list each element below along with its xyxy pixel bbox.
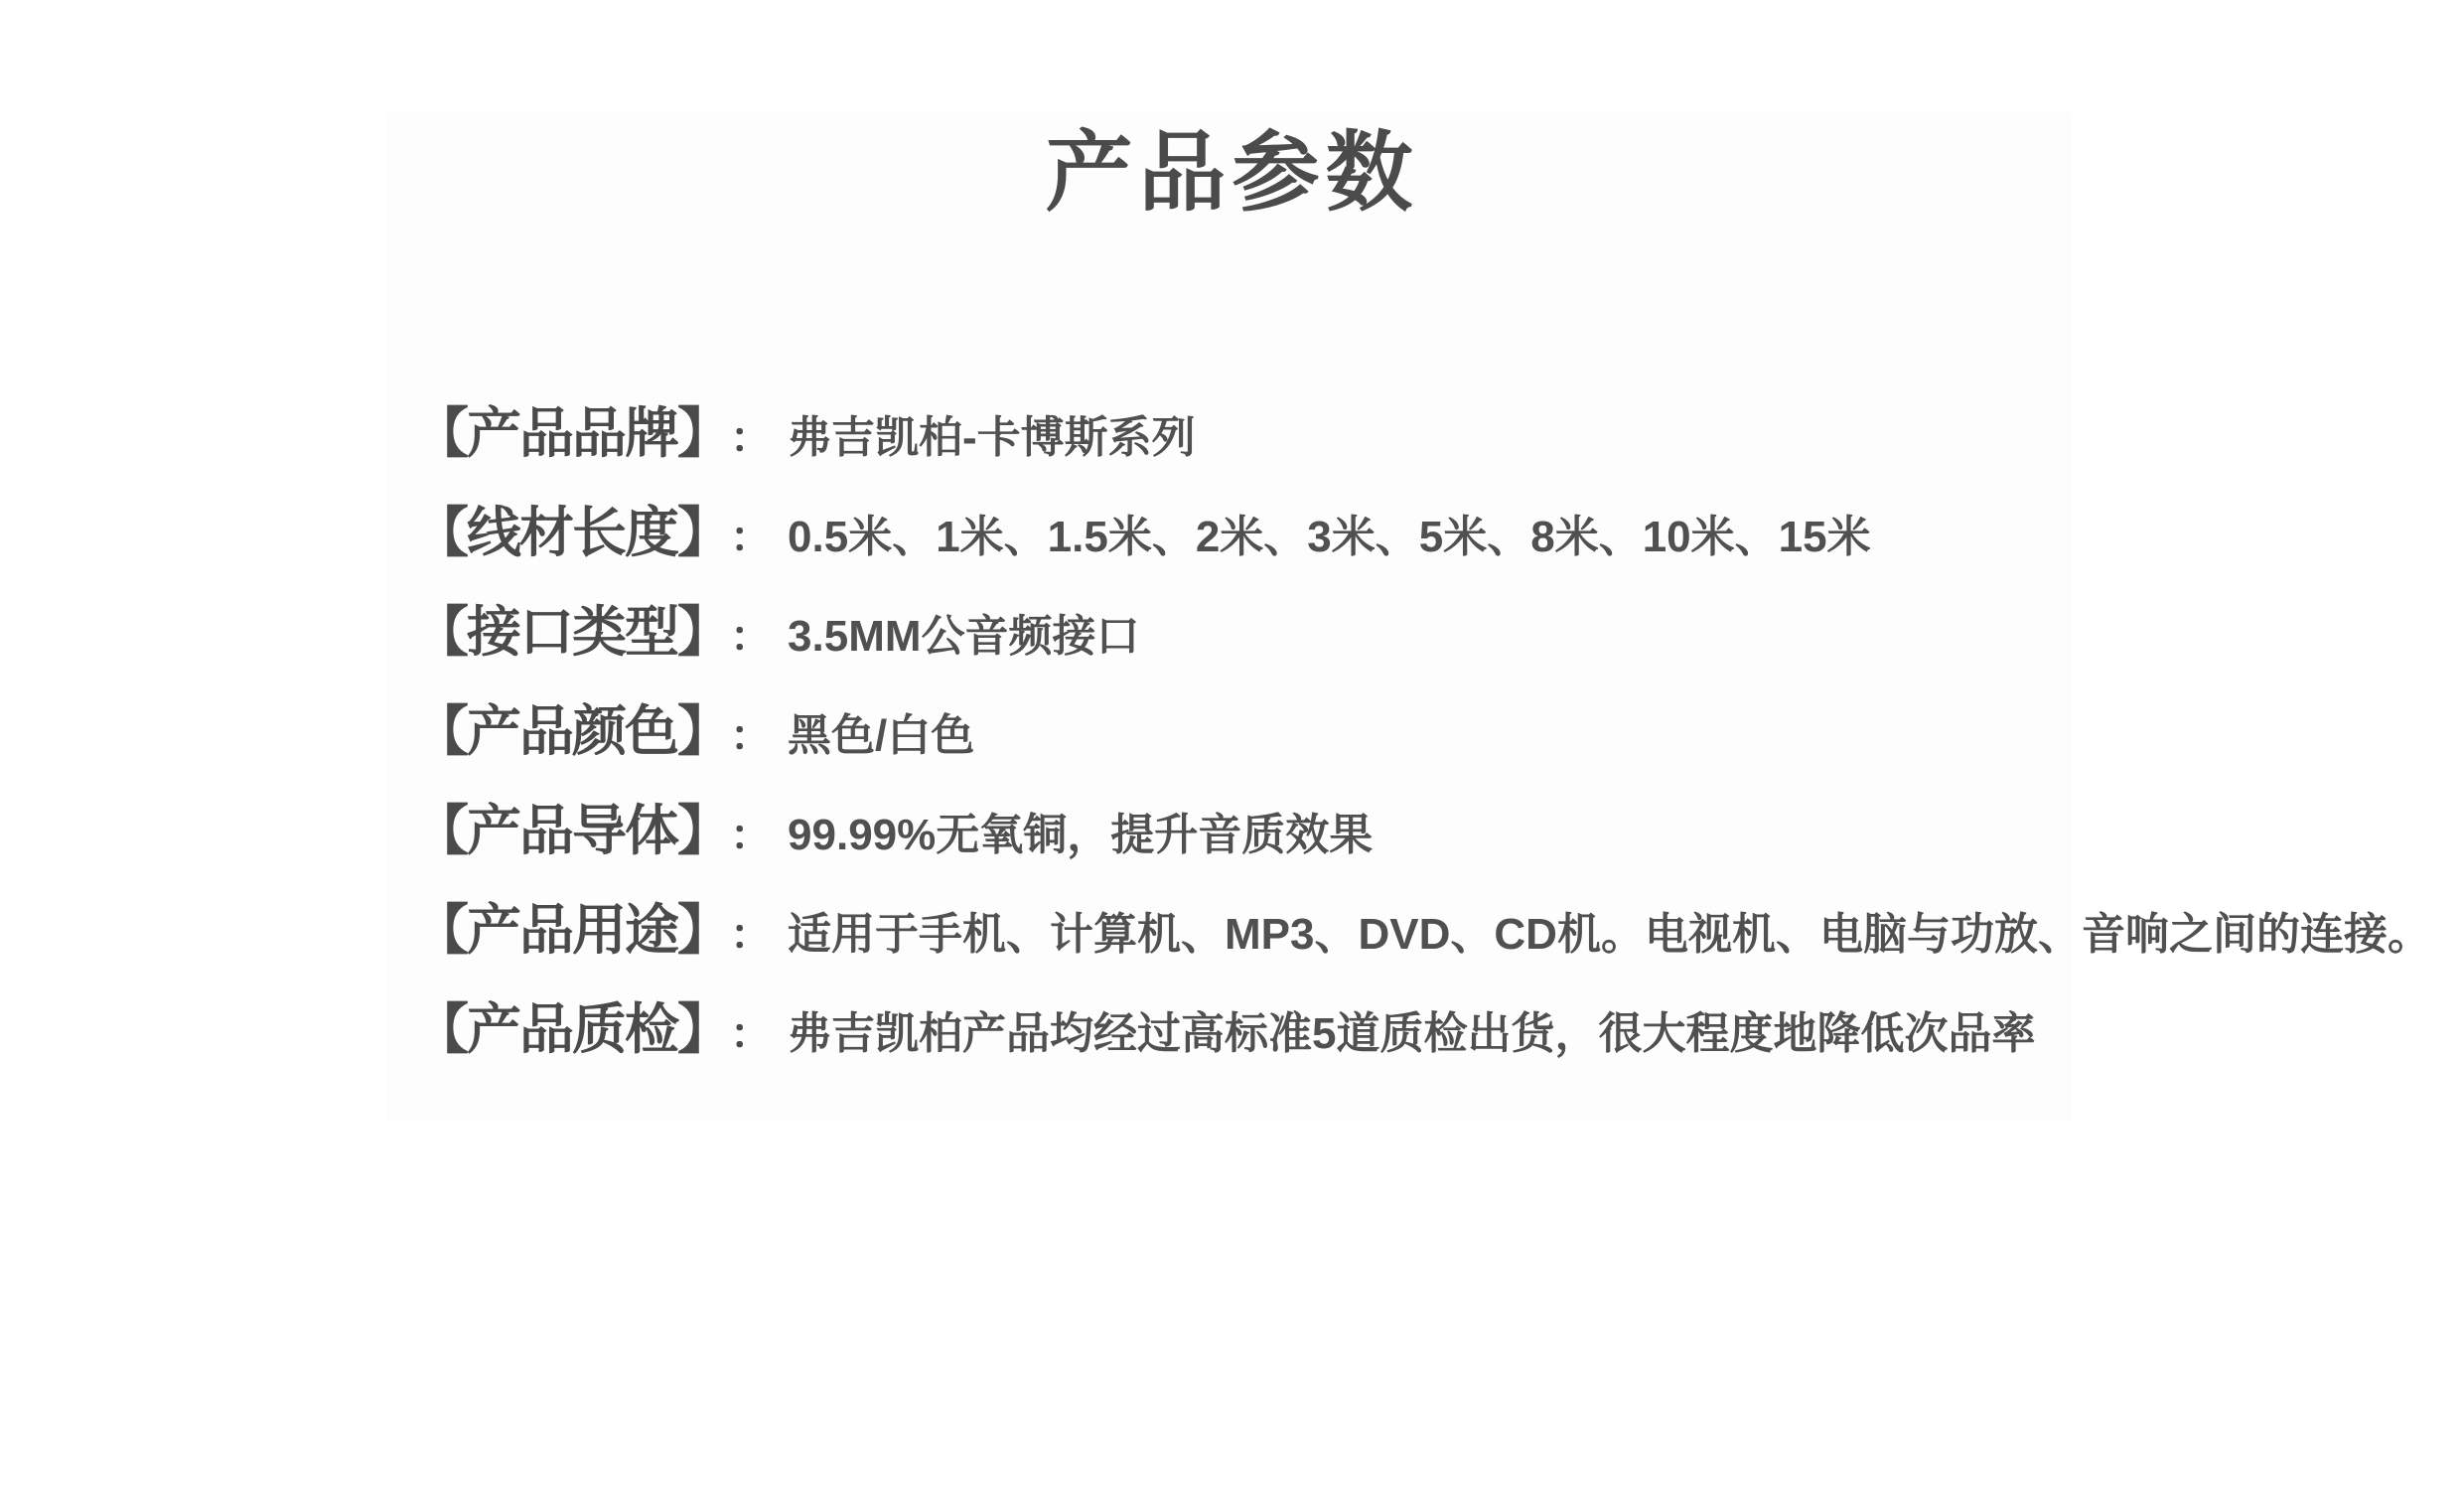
- spec-value-quality-check: 弗吉凯柏产品均经过高标准5道质检出货，很大程度地降低次品率: [788, 997, 2035, 1061]
- spec-label-quality-check: 【产品质检】: [414, 998, 730, 1061]
- page-title: 产品参数: [0, 129, 2464, 217]
- spec-colon: ：: [730, 505, 772, 564]
- spec-colon: ：: [730, 405, 772, 465]
- spec-colon: ：: [730, 1001, 772, 1061]
- spec-row-usage: 【产品用途】 ： 适用于手机、计算机、MP3、DVD、CD机。电视机、电脑与功放…: [414, 898, 2431, 997]
- spec-value-brand: 弗吉凯柏-卡博斯系列: [788, 401, 1196, 465]
- spec-row-cable-length: 【线材长度】 ： 0.5米、1米、1.5米、2米、3米、5米、8米、10米、15…: [414, 501, 2431, 600]
- spec-list: 【产品品牌】 ： 弗吉凯柏-卡博斯系列 【线材长度】 ： 0.5米、1米、1.5…: [414, 401, 2431, 1097]
- spec-label-conductor: 【产品导体】: [414, 800, 730, 862]
- spec-label-brand: 【产品品牌】: [414, 402, 730, 465]
- spec-row-conductor: 【产品导体】 ： 99.99%无氧铜，提升音质效果: [414, 799, 2431, 898]
- spec-label-usage: 【产品用途】: [414, 899, 730, 962]
- spec-label-connector-type: 【接口类型】: [414, 601, 730, 664]
- spec-label-color: 【产品颜色】: [414, 700, 730, 763]
- spec-row-brand: 【产品品牌】 ： 弗吉凯柏-卡博斯系列: [414, 401, 2431, 501]
- spec-value-conductor: 99.99%无氧铜，提升音质效果: [788, 799, 1373, 862]
- spec-value-connector-type: 3.5MM公音频接口: [788, 600, 1139, 664]
- spec-label-cable-length: 【线材长度】: [414, 502, 730, 564]
- spec-value-usage: 适用于手机、计算机、MP3、DVD、CD机。电视机、电脑与功放、音响之间的连接。: [788, 898, 2431, 962]
- spec-row-quality-check: 【产品质检】 ： 弗吉凯柏产品均经过高标准5道质检出货，很大程度地降低次品率: [414, 997, 2431, 1097]
- spec-colon: ：: [730, 803, 772, 862]
- spec-row-color: 【产品颜色】 ： 黑色/白色: [414, 699, 2431, 799]
- spec-colon: ：: [730, 604, 772, 664]
- spec-value-color: 黑色/白色: [788, 699, 974, 763]
- spec-colon: ：: [730, 902, 772, 962]
- spec-row-connector-type: 【接口类型】 ： 3.5MM公音频接口: [414, 600, 2431, 699]
- spec-value-cable-length: 0.5米、1米、1.5米、2米、3米、5米、8米、10米、15米: [788, 501, 1871, 564]
- spec-colon: ：: [730, 703, 772, 763]
